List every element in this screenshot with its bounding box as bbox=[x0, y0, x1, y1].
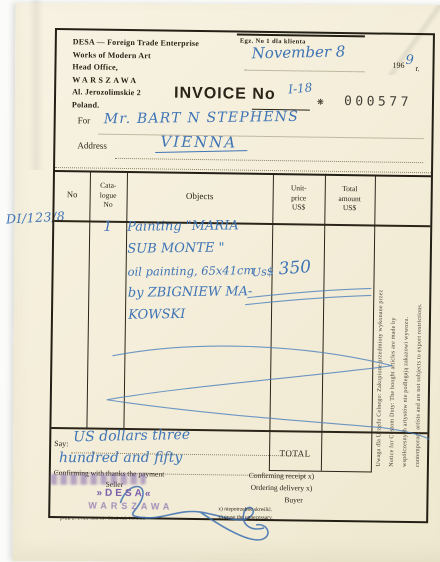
paper-crease-left bbox=[28, 0, 44, 170]
total-label: TOTAL bbox=[269, 448, 321, 459]
confirm-receipt-text: Confirming receipt x) bbox=[249, 471, 315, 481]
customs-notice: Uwaga dla Urzędu Celnego: Zakupione prze… bbox=[373, 192, 431, 468]
say-value-line1: US dollars three bbox=[73, 427, 190, 445]
buyer-label: Buyer bbox=[284, 495, 302, 504]
scanned-invoice: { "document": { "copy_note": "Egz. No 1 … bbox=[0, 0, 440, 562]
say-label: Say: bbox=[54, 439, 68, 448]
desa-stamp: »DESA« bbox=[96, 488, 153, 500]
warszawa-stamp: WARSZAWA bbox=[88, 501, 173, 512]
illegible-stamp bbox=[51, 473, 146, 484]
customs-notice-en2: contemporary artists and are not subject… bbox=[412, 192, 429, 467]
note-en: x) erase the unnecessary. bbox=[218, 514, 273, 521]
ordering-delivery-text: Ordering delivery x) bbox=[251, 483, 313, 493]
note-pl: x) niepotrzebne skreślić. bbox=[218, 506, 272, 513]
invoice-frame: DESA — Foreign Trade Enterprise Works of… bbox=[48, 28, 435, 523]
